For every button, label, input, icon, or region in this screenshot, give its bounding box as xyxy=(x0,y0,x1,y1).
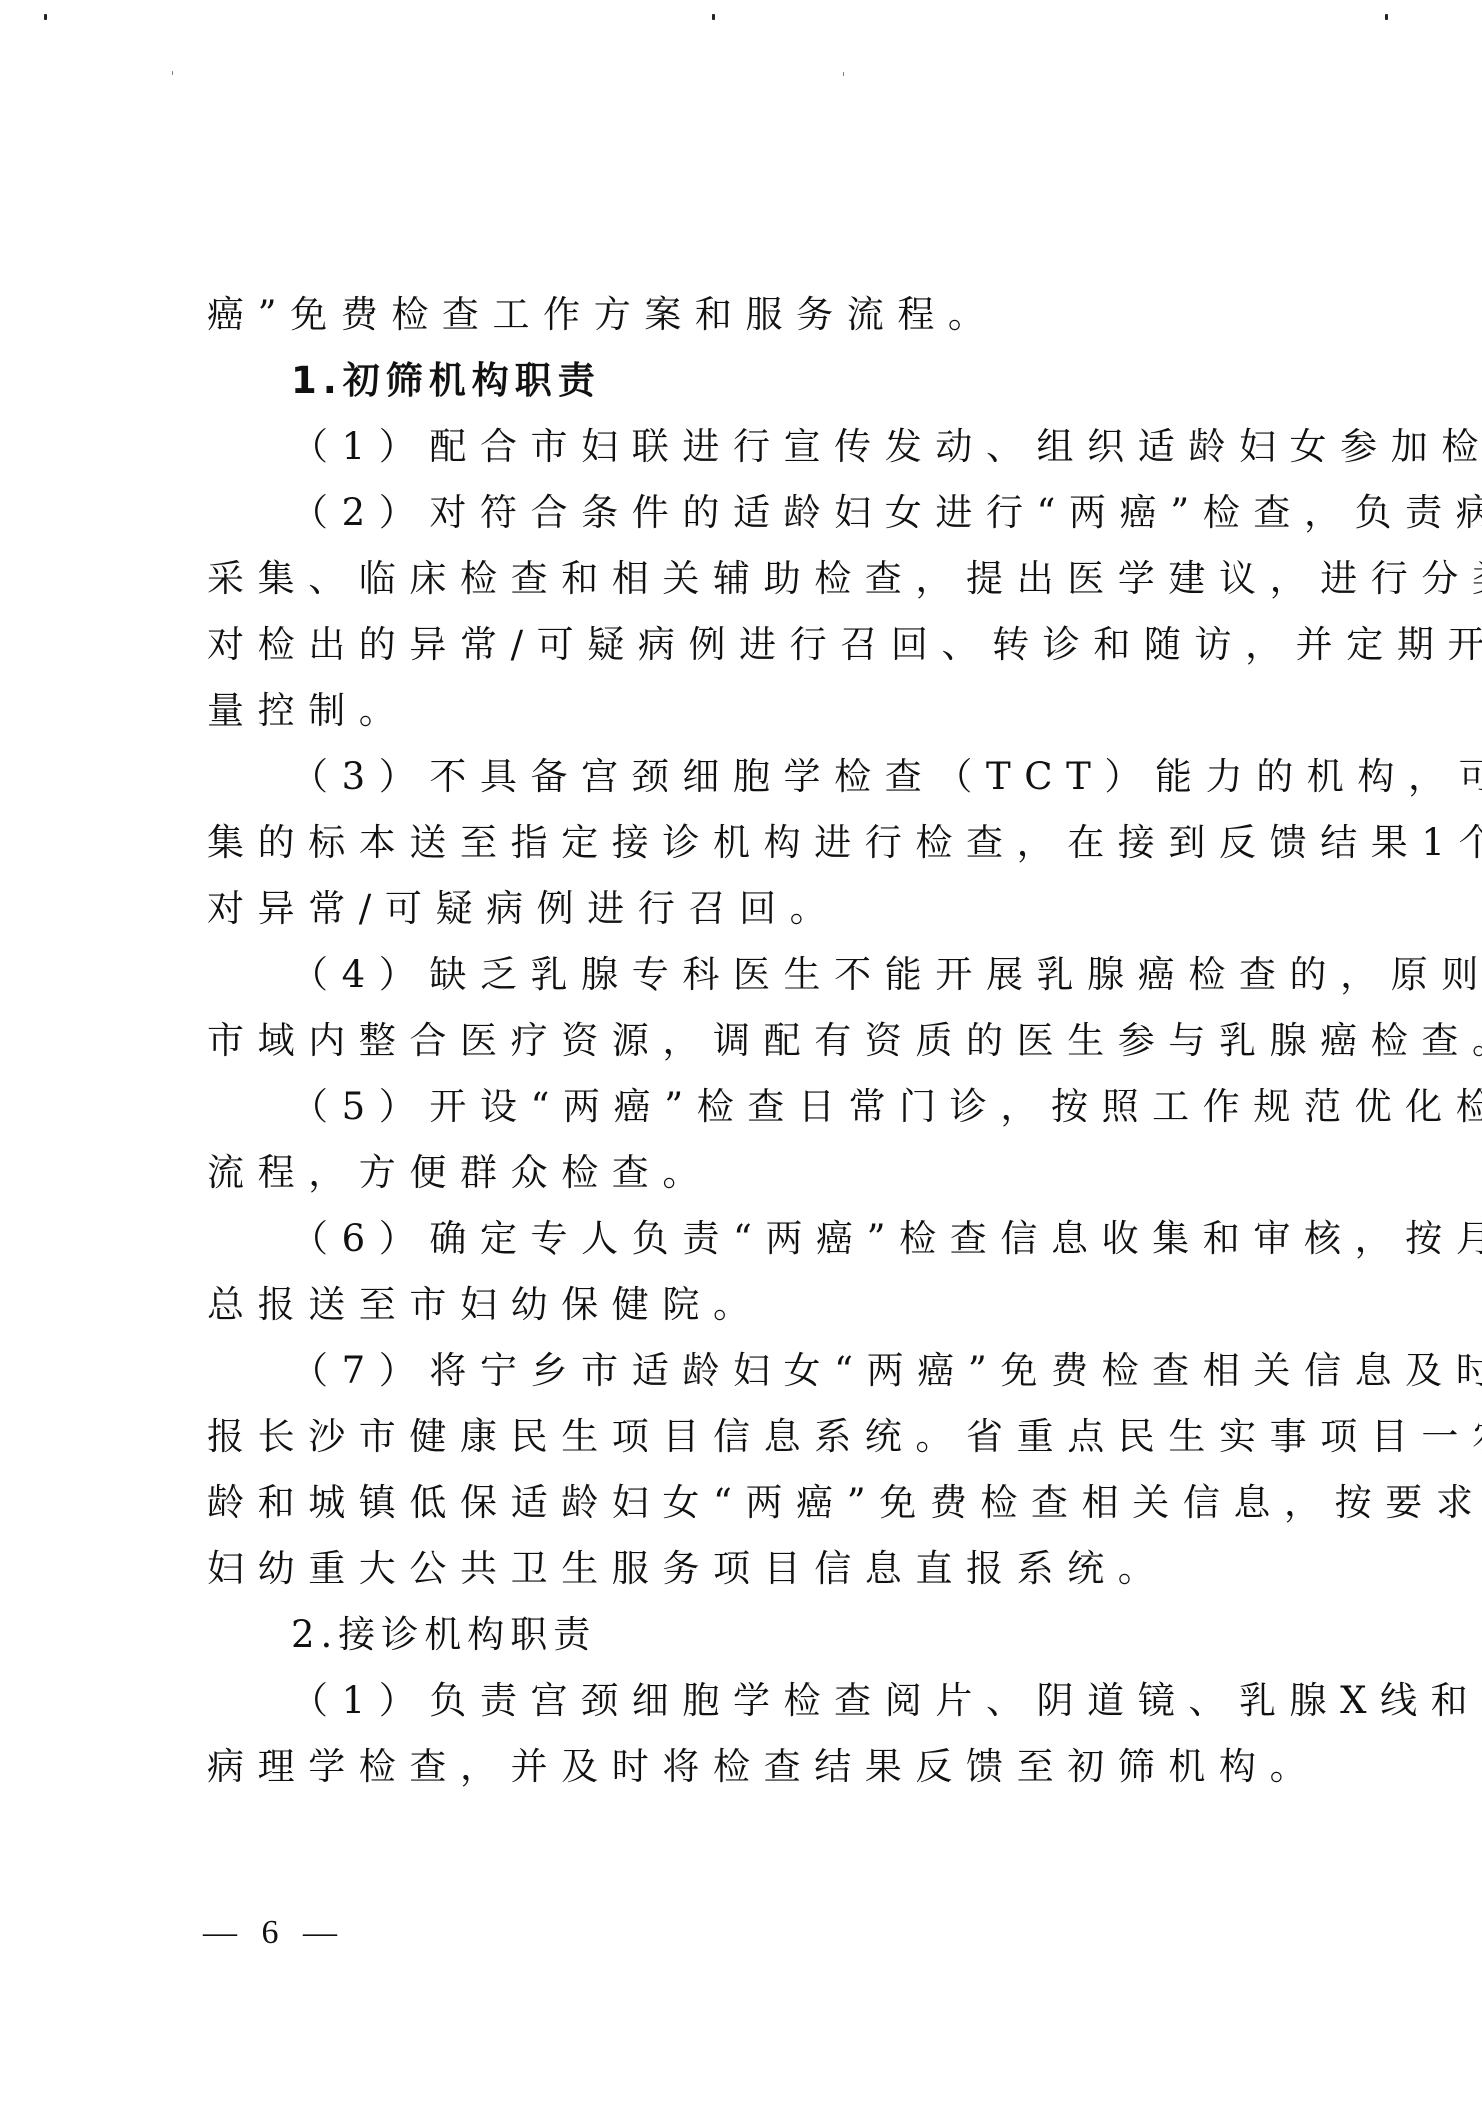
page-number: — 6 — xyxy=(203,1908,345,1958)
text-line: 总报送至市妇幼保健院。 xyxy=(207,1272,1309,1338)
text-line: 量控制。 xyxy=(207,678,1309,744)
text-line: （6）确定专人负责“两癌”检查信息收集和审核，按月汇 xyxy=(207,1206,1309,1272)
section-heading-screening-institution: 1.初筛机构职责 xyxy=(207,348,1309,414)
scan-mark-center xyxy=(712,14,715,20)
text-line: 对异常/可疑病例进行召回。 xyxy=(207,876,1309,942)
text-line: 病理学检查，并及时将检查结果反馈至初筛机构。 xyxy=(207,1734,1309,1800)
text-line: （3）不具备宫颈细胞学检查（TCT）能力的机构，可将采 xyxy=(207,744,1309,810)
text-line: （1）负责宫颈细胞学检查阅片、阴道镜、乳腺X线和组织 xyxy=(207,1668,1309,1734)
document-body: 癌”免费检查工作方案和服务流程。 1.初筛机构职责 （1）配合市妇联进行宣传发动… xyxy=(207,282,1309,1800)
text-line: （7）将宁乡市适龄妇女“两癌”免费检查相关信息及时上 xyxy=(207,1338,1309,1404)
text-line: 采集、临床检查和相关辅助检查，提出医学建议，进行分类指导； xyxy=(207,546,1309,612)
text-line: 对检出的异常/可疑病例进行召回、转诊和随访，并定期开展质 xyxy=(207,612,1309,678)
text-line: 市域内整合医疗资源，调配有资质的医生参与乳腺癌检查。 xyxy=(207,1008,1309,1074)
text-line: （2）对符合条件的适龄妇女进行“两癌”检查，负责病史 xyxy=(207,480,1309,546)
text-line: （4）缺乏乳腺专科医生不能开展乳腺癌检查的，原则上由 xyxy=(207,942,1309,1008)
text-line: （5）开设“两癌”检查日常门诊，按照工作规范优化检查 xyxy=(207,1074,1309,1140)
text-line: 流程，方便群众检查。 xyxy=(207,1140,1309,1206)
text-line: （1）配合市妇联进行宣传发动、组织适龄妇女参加检查。 xyxy=(207,414,1309,480)
scan-mark-right xyxy=(1385,14,1388,20)
text-line: 癌”免费检查工作方案和服务流程。 xyxy=(207,282,1309,348)
scan-mark-left xyxy=(44,14,47,20)
scan-speck xyxy=(843,72,844,76)
section-heading-receiving-institution: 2.接诊机构职责 xyxy=(207,1602,1309,1668)
text-line: 龄和城镇低保适龄妇女“两癌”免费检查相关信息，按要求上报 xyxy=(207,1470,1309,1536)
text-line: 妇幼重大公共卫生服务项目信息直报系统。 xyxy=(207,1536,1309,1602)
text-line: 集的标本送至指定接诊机构进行检查，在接到反馈结果1个月内 xyxy=(207,810,1309,876)
scan-speck xyxy=(172,71,173,75)
text-line: 报长沙市健康民生项目信息系统。省重点民生实事项目一农村适 xyxy=(207,1404,1309,1470)
